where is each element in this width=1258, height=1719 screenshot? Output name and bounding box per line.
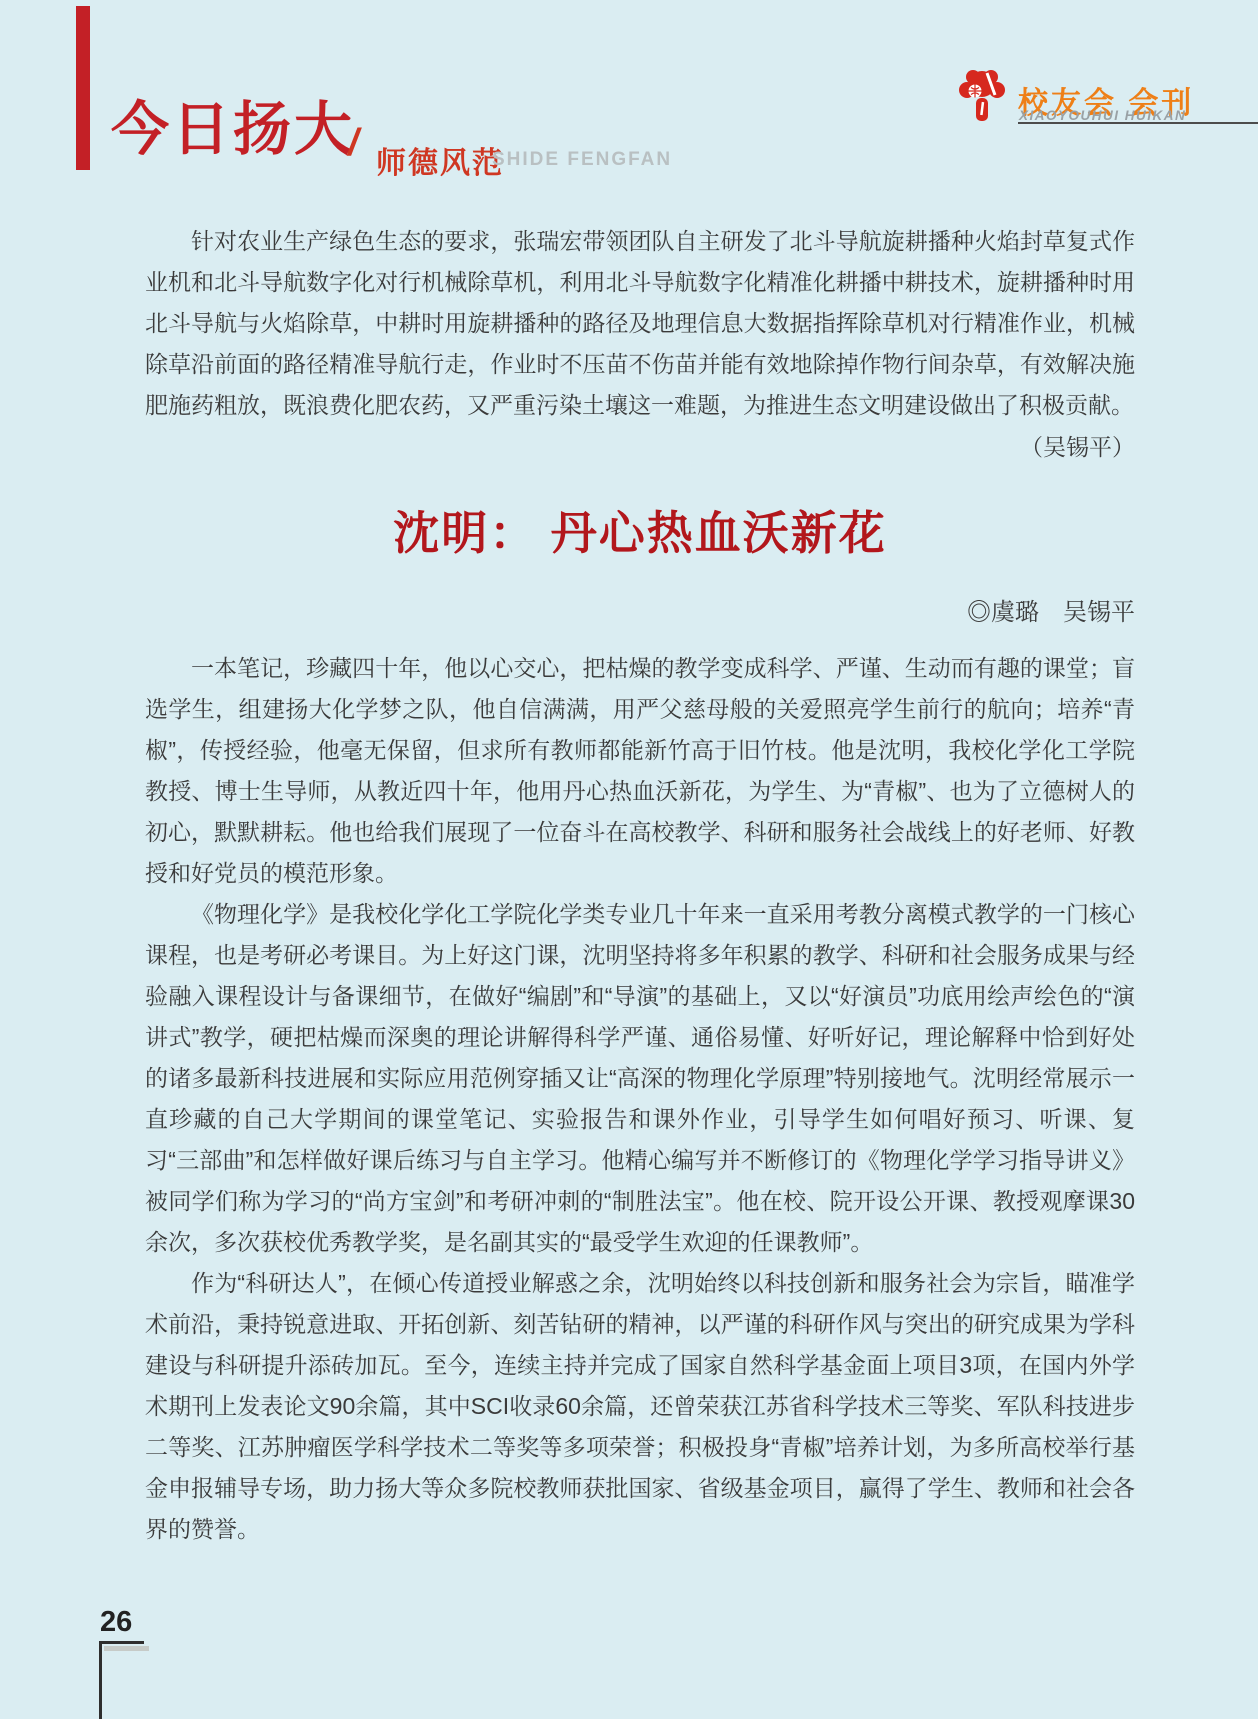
article-paragraph: 一本笔记，珍藏四十年，他以心交心，把枯燥的教学变成科学、严谨、生动而有趣的课堂；… [145, 648, 1135, 894]
alumni-ginkgo-emblem-icon [956, 68, 1008, 133]
article-title: 沈明： 丹心热血沃新花 [145, 497, 1135, 563]
footer-corner-rule-vertical [99, 1644, 102, 1719]
page-number: 26 [100, 1606, 132, 1639]
section-slash: / [348, 122, 359, 165]
article-body: 一本笔记，珍藏四十年，他以心交心，把枯燥的教学变成科学、严谨、生动而有趣的课堂；… [145, 648, 1135, 1550]
previous-article-signature: （吴锡平） [145, 427, 1135, 468]
previous-article-paragraph: 针对农业生产绿色生态的要求，张瑞宏带领团队自主研发了北斗导航旋耕播种火焰封草复式… [145, 221, 1135, 426]
footer-corner-rule-shadow [104, 1646, 149, 1651]
magazine-page: 今日扬大 / 师德风范 SHIDE FENGFAN 校友会 会刊 XIAOYOU… [0, 0, 1258, 1719]
header-rule [1018, 122, 1258, 124]
article-byline: ◎虞璐 吴锡平 [145, 592, 1135, 627]
masthead-title: 今日扬大 [111, 98, 355, 162]
section-name-en: SHIDE FENGFAN [492, 149, 672, 171]
article-paragraph: 《物理化学》是我校化学化工学院化学类专业几十年来一直采用考教分离模式教学的一门核… [145, 894, 1135, 1263]
masthead-accent-bar [76, 6, 90, 170]
brand-title-en: XIAOYOUHUI HUIKAN [1019, 108, 1186, 123]
footer-corner-rule-horizontal [99, 1641, 144, 1644]
section-name-cn: 师德风范 [376, 138, 504, 182]
article-paragraph: 作为“科研达人”，在倾心传道授业解惑之余，沈明始终以科技创新和服务社会为宗旨，瞄… [145, 1263, 1135, 1550]
paragraph-text: 针对农业生产绿色生态的要求，张瑞宏带领团队自主研发了北斗导航旋耕播种火焰封草复式… [145, 221, 1135, 426]
